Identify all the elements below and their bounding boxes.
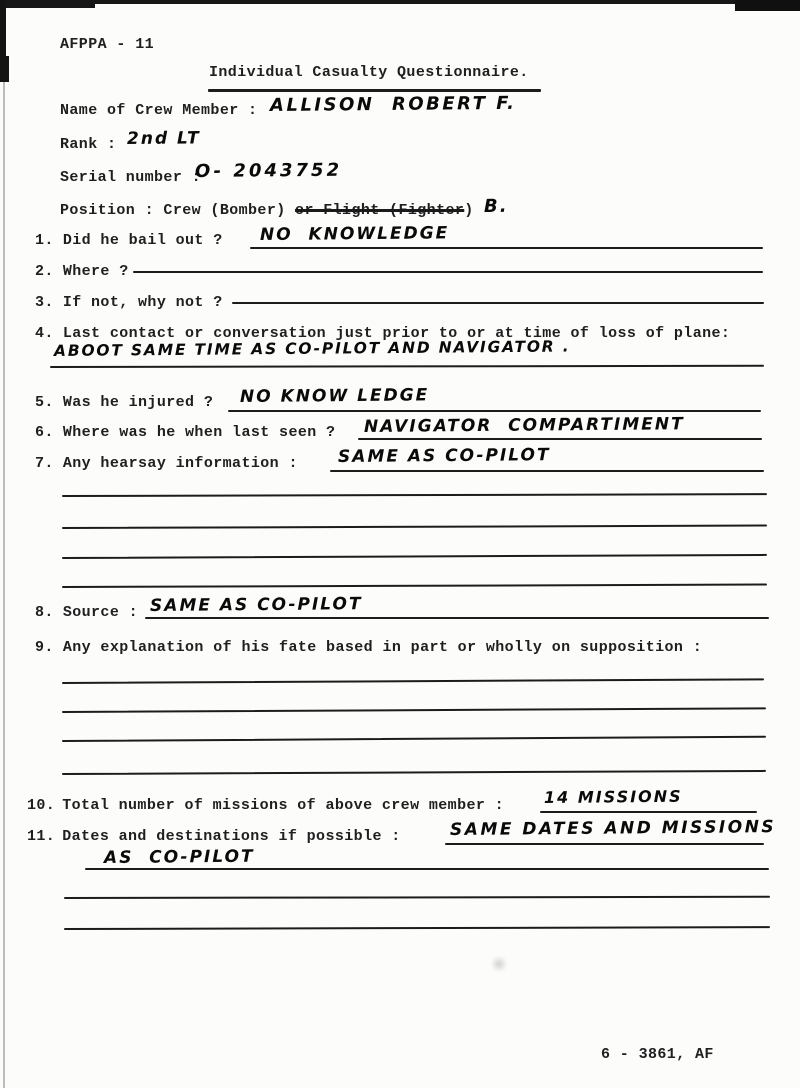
question-10-answer: 14 MISSIONS <box>544 787 683 807</box>
question-9-label: Any explanation of his fate based in par… <box>63 639 702 656</box>
scan-smudge <box>490 956 508 972</box>
answer-line <box>62 678 764 684</box>
field-serial-value: O- 2043752 <box>195 160 342 182</box>
question-1: 1.Did he bail out ? <box>35 232 223 249</box>
question-11-number: 11. <box>27 828 55 845</box>
field-name-value: ALLISON ROBERT F. <box>270 93 517 116</box>
question-6: 6.Where was he when last seen ? <box>35 424 335 441</box>
question-10-number: 10. <box>27 797 55 814</box>
question-2: 2.Where ? <box>35 263 129 280</box>
question-2-number: 2. <box>35 263 54 280</box>
answer-line <box>50 365 764 368</box>
question-6-answer: NAVIGATOR COMPARTIMENT <box>364 414 685 437</box>
question-3-label: If not, why not ? <box>63 294 223 311</box>
question-3-number: 3. <box>35 294 54 311</box>
scan-border-top-left <box>0 0 95 8</box>
answer-line <box>445 843 764 845</box>
question-2-label: Where ? <box>63 263 129 280</box>
form-code: AFPPA - 11 <box>60 36 154 53</box>
scan-border-left-line <box>3 82 5 1088</box>
scan-border-top <box>0 0 800 4</box>
answer-line <box>64 896 770 899</box>
answer-line <box>330 470 764 472</box>
field-serial-label: Serial number : <box>60 169 201 186</box>
question-10-label: Total number of missions of above crew m… <box>62 797 504 814</box>
question-8-label: Source : <box>63 604 138 621</box>
answer-line <box>62 770 766 775</box>
position-struck-text: or Flight (Fighter <box>295 202 464 219</box>
field-name-label: Name of Crew Member : <box>60 102 257 119</box>
question-4-number: 4. <box>35 325 54 342</box>
answer-line <box>62 707 766 713</box>
question-9: 9.Any explanation of his fate based in p… <box>35 639 702 656</box>
question-10: 10.Total number of missions of above cre… <box>27 797 504 814</box>
question-8-number: 8. <box>35 604 54 621</box>
answer-line <box>232 302 764 304</box>
question-3: 3.If not, why not ? <box>35 294 223 311</box>
answer-line <box>62 584 767 588</box>
question-1-number: 1. <box>35 232 54 249</box>
question-8-answer: SAME AS CO-PILOT <box>150 594 363 616</box>
question-1-answer: NO KNOWLEDGE <box>260 223 449 245</box>
answer-line <box>540 811 757 813</box>
field-rank-value: 2nd LT <box>127 128 201 149</box>
question-11: 11.Dates and destinations if possible : <box>27 828 401 845</box>
answer-line <box>85 868 769 870</box>
footer-code: 6 - 3861, AF <box>601 1046 714 1063</box>
position-label-pre: Position : Crew (Bomber) <box>60 202 295 219</box>
answer-line <box>133 271 763 273</box>
question-5-answer: NO KNOW LEDGE <box>240 385 429 407</box>
answer-line <box>250 247 763 249</box>
question-7-answer: SAME AS CO-PILOT <box>338 445 551 467</box>
question-9-number: 9. <box>35 639 54 656</box>
scan-border-top-right <box>735 0 800 11</box>
answer-line <box>228 410 761 412</box>
question-8: 8.Source : <box>35 604 138 621</box>
question-5: 5.Was he injured ? <box>35 394 213 411</box>
scanned-form-page: AFPPA - 11 Individual Casualty Questionn… <box>0 0 800 1088</box>
field-position-value: B. <box>484 196 509 217</box>
question-6-number: 6. <box>35 424 54 441</box>
question-11-answer: SAME DATES AND MISSIONS <box>450 817 776 840</box>
question-7: 7.Any hearsay information : <box>35 455 298 472</box>
answer-line <box>62 525 767 529</box>
answer-line <box>62 736 766 742</box>
question-4-answer: ABOOT SAME TIME AS CO-PILOT AND NAVIGATO… <box>54 337 571 360</box>
form-title: Individual Casualty Questionnaire. <box>209 64 529 81</box>
question-5-label: Was he injured ? <box>63 394 213 411</box>
question-1-label: Did he bail out ? <box>63 232 223 249</box>
question-11-label: Dates and destinations if possible : <box>62 828 400 845</box>
position-label-post: ) <box>464 202 473 219</box>
question-6-label: Where was he when last seen ? <box>63 424 336 441</box>
answer-line <box>145 617 769 619</box>
field-position-label: Position : Crew (Bomber) or Flight (Figh… <box>60 202 474 219</box>
field-rank-label: Rank : <box>60 136 116 153</box>
answer-line <box>64 926 770 930</box>
answer-line <box>62 493 767 497</box>
question-11-answer-line2: AS CO-PILOT <box>104 847 255 868</box>
title-underline <box>208 89 541 92</box>
answer-line <box>358 438 762 440</box>
question-7-label: Any hearsay information : <box>63 455 298 472</box>
question-5-number: 5. <box>35 394 54 411</box>
scan-border-left-nub <box>0 56 9 82</box>
question-7-number: 7. <box>35 455 54 472</box>
answer-line <box>62 554 767 559</box>
